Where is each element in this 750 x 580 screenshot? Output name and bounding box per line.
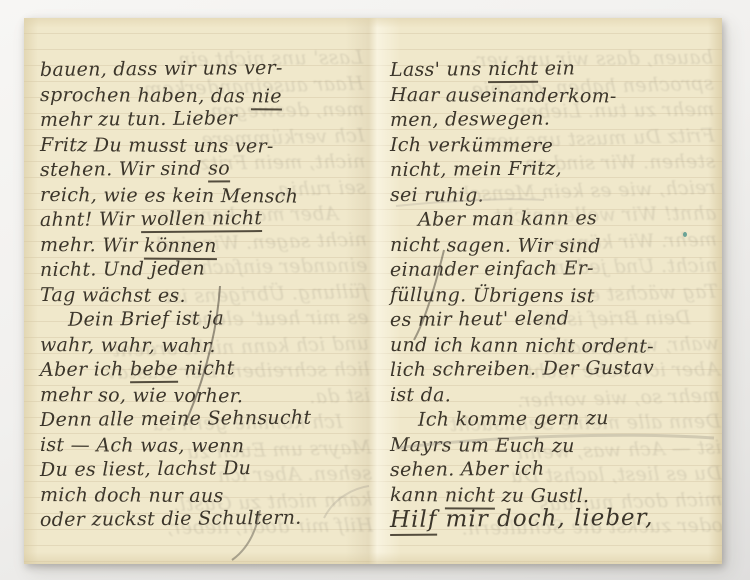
text-segment: Lass' uns [390,58,488,81]
text-segment: nicht. Und jeden [40,258,205,281]
text-segment: mehr so, wie vorher. [40,384,243,407]
text-segment: Mayrs um Euch zu [390,434,575,457]
text-segment: sei ruhig. [390,184,484,207]
text-segment: bauen, dass wir uns ver- [40,57,283,81]
handwriting-line: Denn alle meine Sehnsucht [40,405,374,433]
text-segment: mehr. Wir [40,234,144,257]
handwriting-line: nicht, mein Fritz, [390,155,722,183]
handwriting-line: einander einfach Er- [390,255,722,283]
text-segment: lich schreiben. Der Gustav [390,357,654,381]
text-segment: einander einfach Er- [390,257,594,281]
text-segment: Tag wächst es. [40,284,186,307]
text-segment: Aber man kann es [418,207,597,231]
handwriting-line: bauen, dass wir uns ver- [40,55,374,83]
text-segment: mich doch nur aus [40,484,224,507]
handwriting-line: Aber ich bebe nicht [40,355,374,383]
letter-scan: Lass' uns nicht einHaar auseinanderkom-m… [0,0,750,580]
underlined-text: nicht [488,58,539,83]
text-segment: nicht [178,357,235,379]
text-segment: nicht, mein Fritz, [390,157,562,180]
text-segment: sprochen haben, das [40,84,252,107]
text-segment: kann [390,484,445,506]
handwriting-line: Aber man kann es [390,205,722,233]
text-segment: ein [538,57,575,79]
text-segment: es mir heut' elend [390,307,569,331]
handwriting-line: men, deswegen. [390,105,722,133]
ink-speck [683,232,687,237]
underlined-text: wollen nicht [140,207,262,233]
text-segment: ist da. [390,384,451,406]
handwriting-line: es mir heut' elend [390,305,722,333]
text-segment: mehr zu tun. Lieber [40,107,237,131]
text-segment: mir doch, lieber, [437,505,653,533]
text-segment: oder zuckst die Schultern. [40,507,302,531]
handwriting-line: mehr zu tun. Lieber [40,105,374,133]
handwriting-line: stehen. Wir sind so [40,155,374,183]
text-segment: füllung. Übrigens ist [390,284,595,307]
text-segment: wahr, wahr, wahr. [40,334,216,357]
handwriting-line: Ich komme gern zu [390,405,722,433]
text-segment: stehen. Wir sind [40,158,208,181]
text-segment: Aber ich [40,358,130,381]
text-segment: reich, wie es kein Mensch [40,184,298,208]
text-segment: zu Gustl. [495,485,589,508]
handwriting-line: oder zuckst die Schultern. [40,505,374,533]
handwriting-line: Lass' uns nicht ein [390,55,722,83]
text-segment: nicht sagen. Wir sind [390,234,601,257]
letter-page-right: Lass' uns nicht einHaar auseinanderkom-m… [390,58,722,533]
text-segment: Du es liest, lachst Du [40,457,251,481]
handwriting-line: ahnt! Wir wollen nicht [40,205,374,233]
text-segment: men, deswegen. [390,108,550,131]
handwriting-line: Dein Brief ist ja [40,305,374,333]
handwriting-line: sehen. Aber ich [390,455,722,483]
handwriting-line: Du es liest, lachst Du [40,455,374,483]
text-segment: ahnt! Wir [40,208,141,231]
handwriting-line: nicht. Und jeden [40,255,374,283]
text-segment: Ich komme gern zu [418,407,609,431]
text-segment: und ich kann nicht ordent- [390,334,654,358]
text-segment: ist — Ach was, wenn [40,434,244,457]
letter-paper-sheet: Lass' uns nicht einHaar auseinanderkom-m… [24,18,722,564]
handwriting-line: Hilf mir doch, lieber, [390,505,722,533]
text-segment: Haar auseinanderkom- [390,84,617,107]
underlined-text: so [208,157,230,182]
text-segment: sehen. Aber ich [390,458,545,481]
handwriting-line: lich schreiben. Der Gustav [390,355,722,383]
underlined-text: bebe [130,358,178,383]
text-segment: Dein Brief ist ja [68,307,224,330]
text-segment: Ich verkümmere [390,134,553,157]
text-segment: Fritz Du musst uns ver- [40,134,274,157]
letter-page-left: bauen, dass wir uns ver-sprochen haben, … [40,58,374,533]
text-segment: Denn alle meine Sehnsucht [40,407,312,431]
underlined-text: Hilf [390,507,438,536]
